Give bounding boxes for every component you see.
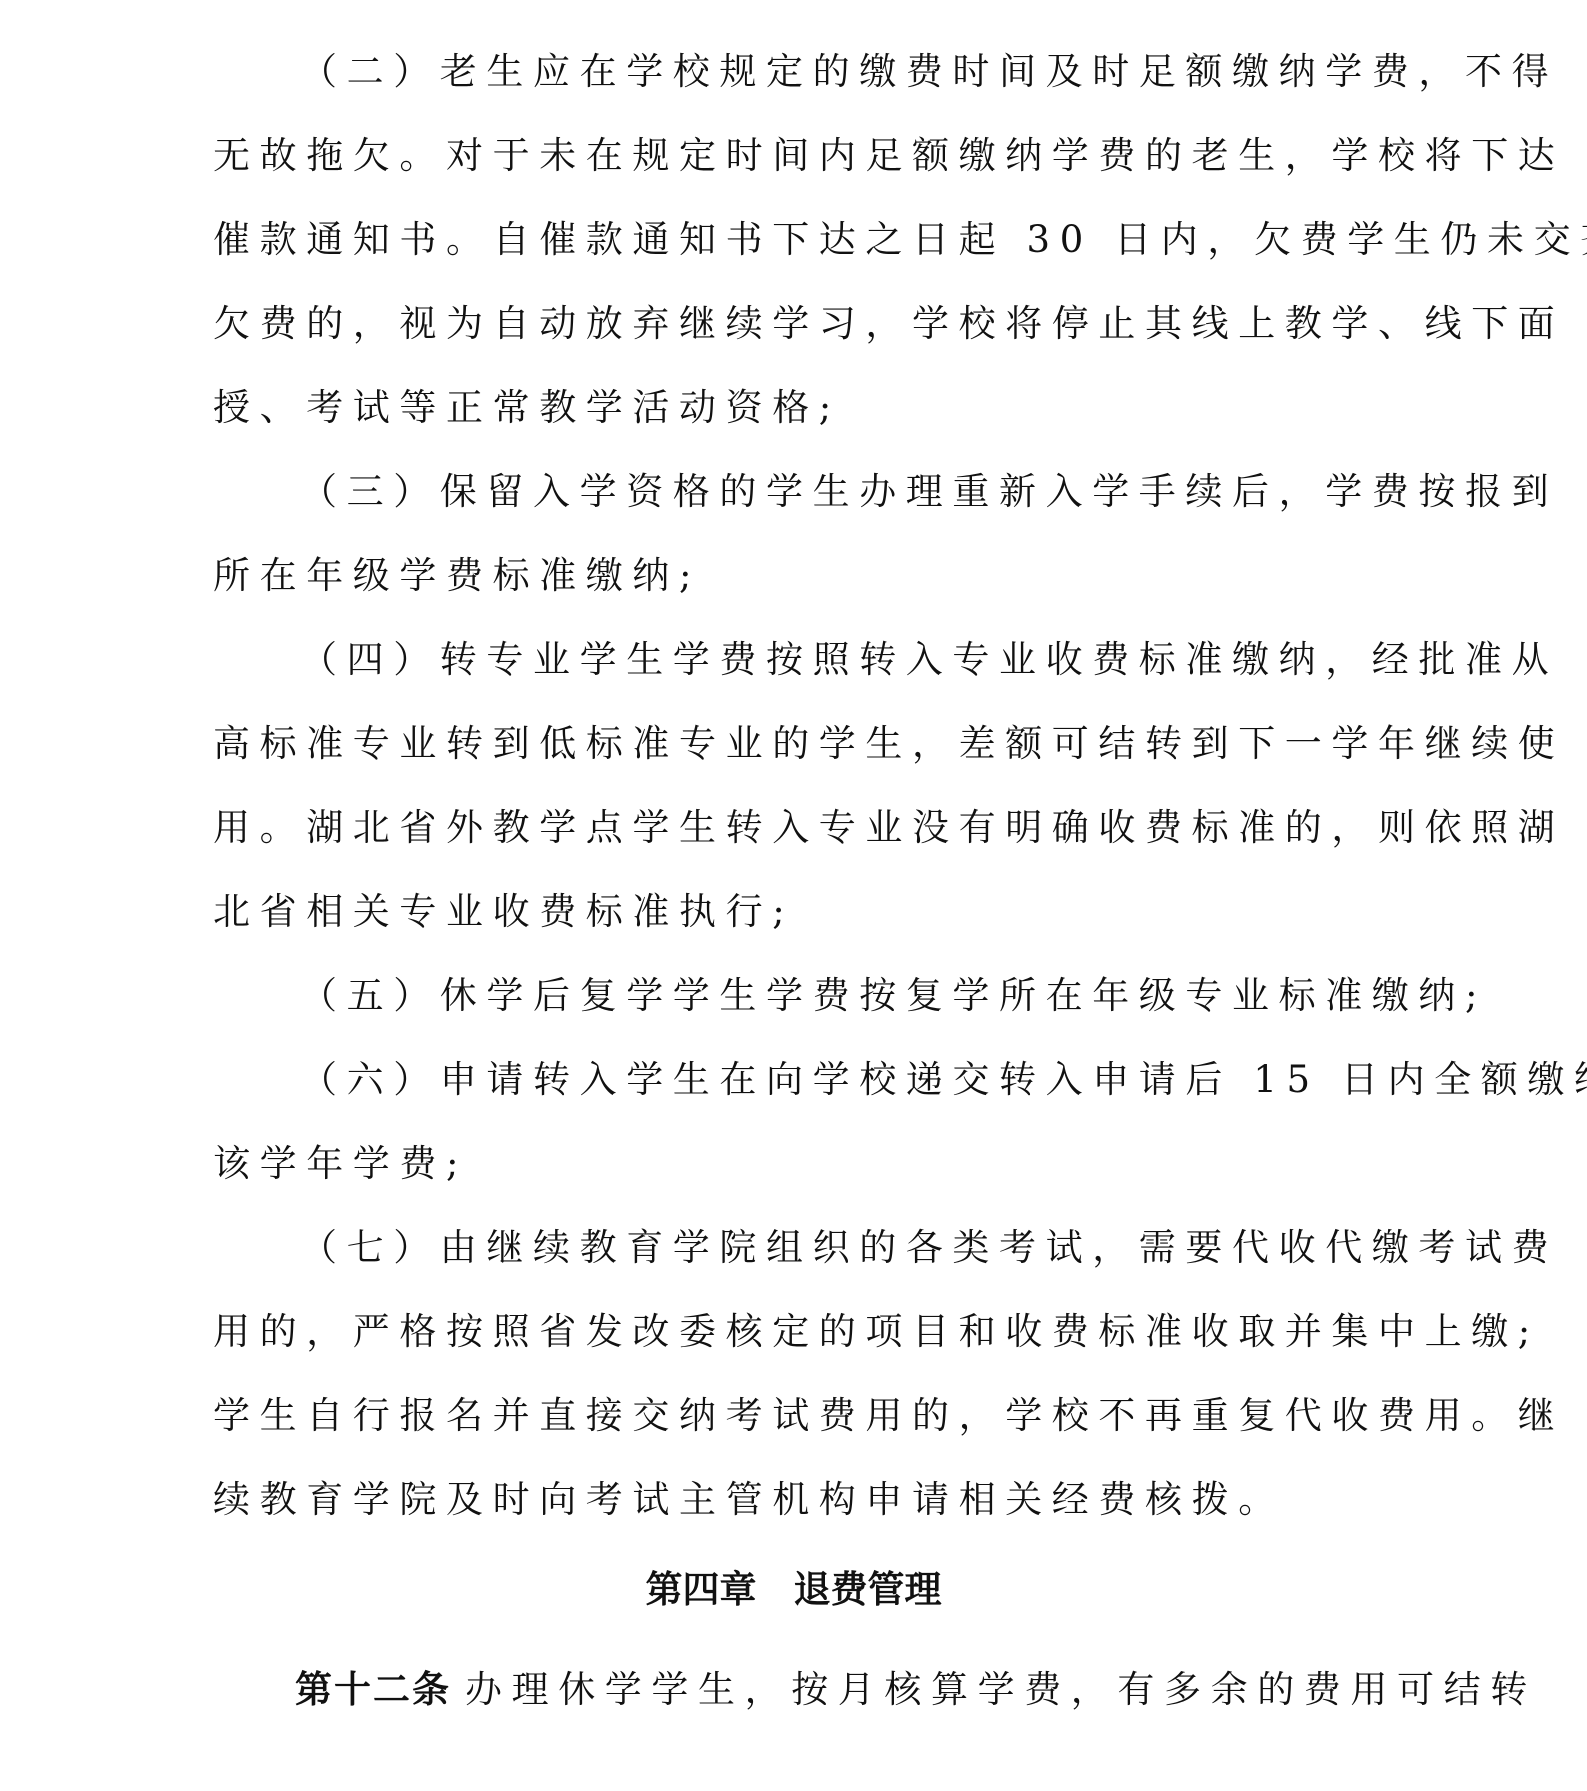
paragraph-item-6-line-1: （六）申请转入学生在向学校递交转入申请后 15 日内全额缴纳: [300, 1058, 1388, 1102]
paragraph-item-7-line-3: 学生自行报名并直接交纳考试费用的，学校不再重复代收费用。继: [213, 1394, 1388, 1438]
paragraph-item-2-line-1: （二）老生应在学校规定的缴费时间及时足额缴纳学费，不得: [300, 50, 1388, 94]
paragraph-item-4-line-3: 用。湖北省外教学点学生转入专业没有明确收费标准的，则依照湖: [213, 806, 1388, 850]
article-12-line-1: 第十二条办理休学学生，按月核算学费，有多余的费用可结转: [295, 1668, 1388, 1712]
paragraph-item-4-line-2: 高标准专业转到低标准专业的学生，差额可结转到下一学年继续使: [213, 722, 1388, 766]
paragraph-item-7-line-2: 用的，严格按照省发改委核定的项目和收费标准收取并集中上缴;: [213, 1310, 1388, 1354]
paragraph-item-6-line-2: 该学年学费;: [213, 1142, 1388, 1186]
paragraph-item-2-line-4: 欠费的，视为自动放弃继续学习，学校将停止其线上教学、线下面: [213, 302, 1388, 346]
chapter-title: 第四章 退费管理: [0, 1568, 1587, 1612]
paragraph-item-2-line-2: 无故拖欠。对于未在规定时间内足额缴纳学费的老生，学校将下达: [213, 134, 1388, 178]
paragraph-item-7-line-1: （七）由继续教育学院组织的各类考试，需要代收代缴考试费: [300, 1226, 1388, 1270]
document-page: （二）老生应在学校规定的缴费时间及时足额缴纳学费，不得 无故拖欠。对于未在规定时…: [0, 0, 1587, 1791]
paragraph-item-2-line-3: 催款通知书。自催款通知书下达之日起 30 日内，欠费学生仍未交齐: [213, 218, 1388, 262]
paragraph-item-7-line-4: 续教育学院及时向考试主管机构申请相关经费核拨。: [213, 1478, 1388, 1522]
paragraph-item-4-line-4: 北省相关专业收费标准执行;: [213, 890, 1388, 934]
paragraph-item-3-line-2: 所在年级学费标准缴纳;: [213, 554, 1388, 598]
paragraph-item-5-line-1: （五）休学后复学学生学费按复学所在年级专业标准缴纳;: [300, 974, 1388, 1018]
article-text: 办理休学学生，按月核算学费，有多余的费用可结转: [465, 1668, 1537, 1711]
article-label: 第十二条: [295, 1668, 451, 1711]
paragraph-item-3-line-1: （三）保留入学资格的学生办理重新入学手续后，学费按报到: [300, 470, 1388, 514]
paragraph-item-4-line-1: （四）转专业学生学费按照转入专业收费标准缴纳，经批准从: [300, 638, 1388, 682]
paragraph-item-2-line-5: 授、考试等正常教学活动资格;: [213, 386, 1388, 430]
